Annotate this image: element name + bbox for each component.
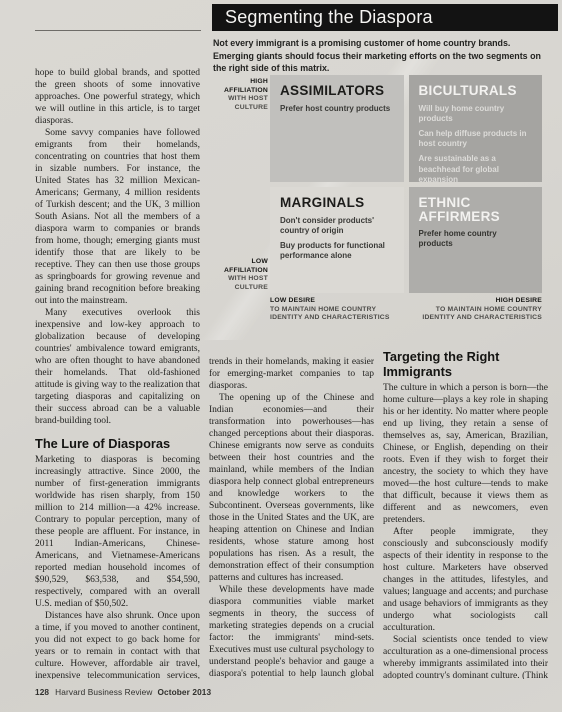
paragraph: hope to build global brands, and spotted… — [35, 67, 200, 127]
sidebar-header-bar: Segmenting the Diaspora — [212, 4, 558, 31]
y-axis-line: WITH HOST — [192, 275, 268, 284]
page-number: 128 — [35, 687, 49, 697]
y-axis-line: AFFILIATION — [192, 267, 268, 276]
paragraph: The culture in which a person is born—th… — [383, 382, 548, 526]
paragraph: The opening up of the Chinese and Indian… — [209, 392, 374, 584]
section-heading-lure-of-diasporas: The Lure of Diasporas — [35, 436, 200, 451]
section-heading-targeting-right-immigrants: Targeting the Right Immigrants — [383, 349, 548, 379]
quadrant-marginals: MARGINALS Don't consider products' count… — [270, 187, 404, 293]
x-axis-label-high-desire: HIGH DESIRE TO MAINTAIN HOME COUNTRY IDE… — [362, 297, 542, 323]
quadrant-ethnic-affirmers: ETHNIC AFFIRMERS Prefer home country pro… — [409, 187, 543, 293]
paragraph: trends in their homelands, making it eas… — [209, 356, 374, 392]
quadrant-title: ASSIMILATORS — [280, 84, 394, 98]
paragraph: Many executives overlook this inexpensiv… — [35, 307, 200, 427]
y-axis-label-low-affiliation: LOW AFFILIATION WITH HOST CULTURE — [192, 258, 268, 292]
quadrant-biculturals: BICULTURALS Will buy home country produc… — [409, 75, 543, 182]
x-axis-line: HIGH DESIRE — [362, 297, 542, 306]
y-axis-line: CULTURE — [192, 104, 268, 113]
article-column-right: Targeting the Right Immigrants The cultu… — [383, 349, 548, 679]
y-axis-line: AFFILIATION — [192, 87, 268, 96]
quadrant-point: Will buy home country products — [419, 104, 533, 124]
article-column-left: hope to build global brands, and spotted… — [35, 67, 200, 679]
paragraph: Distances have also shrunk. Once upon a … — [35, 610, 200, 679]
y-axis-line: HIGH — [192, 78, 268, 87]
quadrant-assimilators: ASSIMILATORS Prefer host country product… — [270, 75, 404, 182]
quadrant-point: Don't consider products' country of orig… — [280, 216, 394, 236]
page-footer: 128Harvard Business ReviewOctober 2013 — [35, 687, 211, 697]
paragraph: After people immigrate, they consciously… — [383, 526, 548, 634]
x-axis-line: IDENTITY AND CHARACTERISTICS — [362, 314, 542, 323]
quadrant-point: Prefer host country products — [280, 104, 394, 114]
paragraph: Social scientists once tended to view ac… — [383, 634, 548, 679]
y-axis-label-high-affiliation: HIGH AFFILIATION WITH HOST CULTURE — [192, 78, 268, 112]
sidebar-intro-text: Not every immigrant is a promising custo… — [213, 37, 545, 75]
magazine-name: Harvard Business Review — [55, 687, 152, 697]
quadrant-point: Buy products for functional performance … — [280, 241, 394, 261]
article-column-middle: trends in their homelands, making it eas… — [209, 356, 374, 678]
quadrant-title: ETHNIC AFFIRMERS — [419, 196, 533, 223]
issue-date: October 2013 — [157, 687, 211, 697]
x-axis-line: TO MAINTAIN HOME COUNTRY — [362, 306, 542, 315]
quadrant-point: Can help diffuse products in host countr… — [419, 129, 533, 149]
magazine-page: Segmenting the Diaspora Not every immigr… — [0, 0, 562, 712]
paragraph: Some savvy companies have followed emigr… — [35, 127, 200, 307]
quadrant-title: MARGINALS — [280, 196, 394, 210]
y-axis-line: LOW — [192, 258, 268, 267]
quadrant-title: BICULTURALS — [419, 84, 533, 98]
quadrant-point: Prefer home country products — [419, 229, 533, 249]
column-top-rule — [35, 30, 201, 31]
y-axis-line: CULTURE — [192, 284, 268, 293]
paragraph: Marketing to diasporas is becoming incre… — [35, 454, 200, 610]
y-axis-line: WITH HOST — [192, 95, 268, 104]
sidebar-title: Segmenting the Diaspora — [225, 7, 433, 28]
quadrant-point: Are sustainable as a beachhead for globa… — [419, 154, 533, 182]
paragraph: While these developments have made diasp… — [209, 584, 374, 678]
segmentation-matrix: ASSIMILATORS Prefer host country product… — [270, 75, 542, 293]
